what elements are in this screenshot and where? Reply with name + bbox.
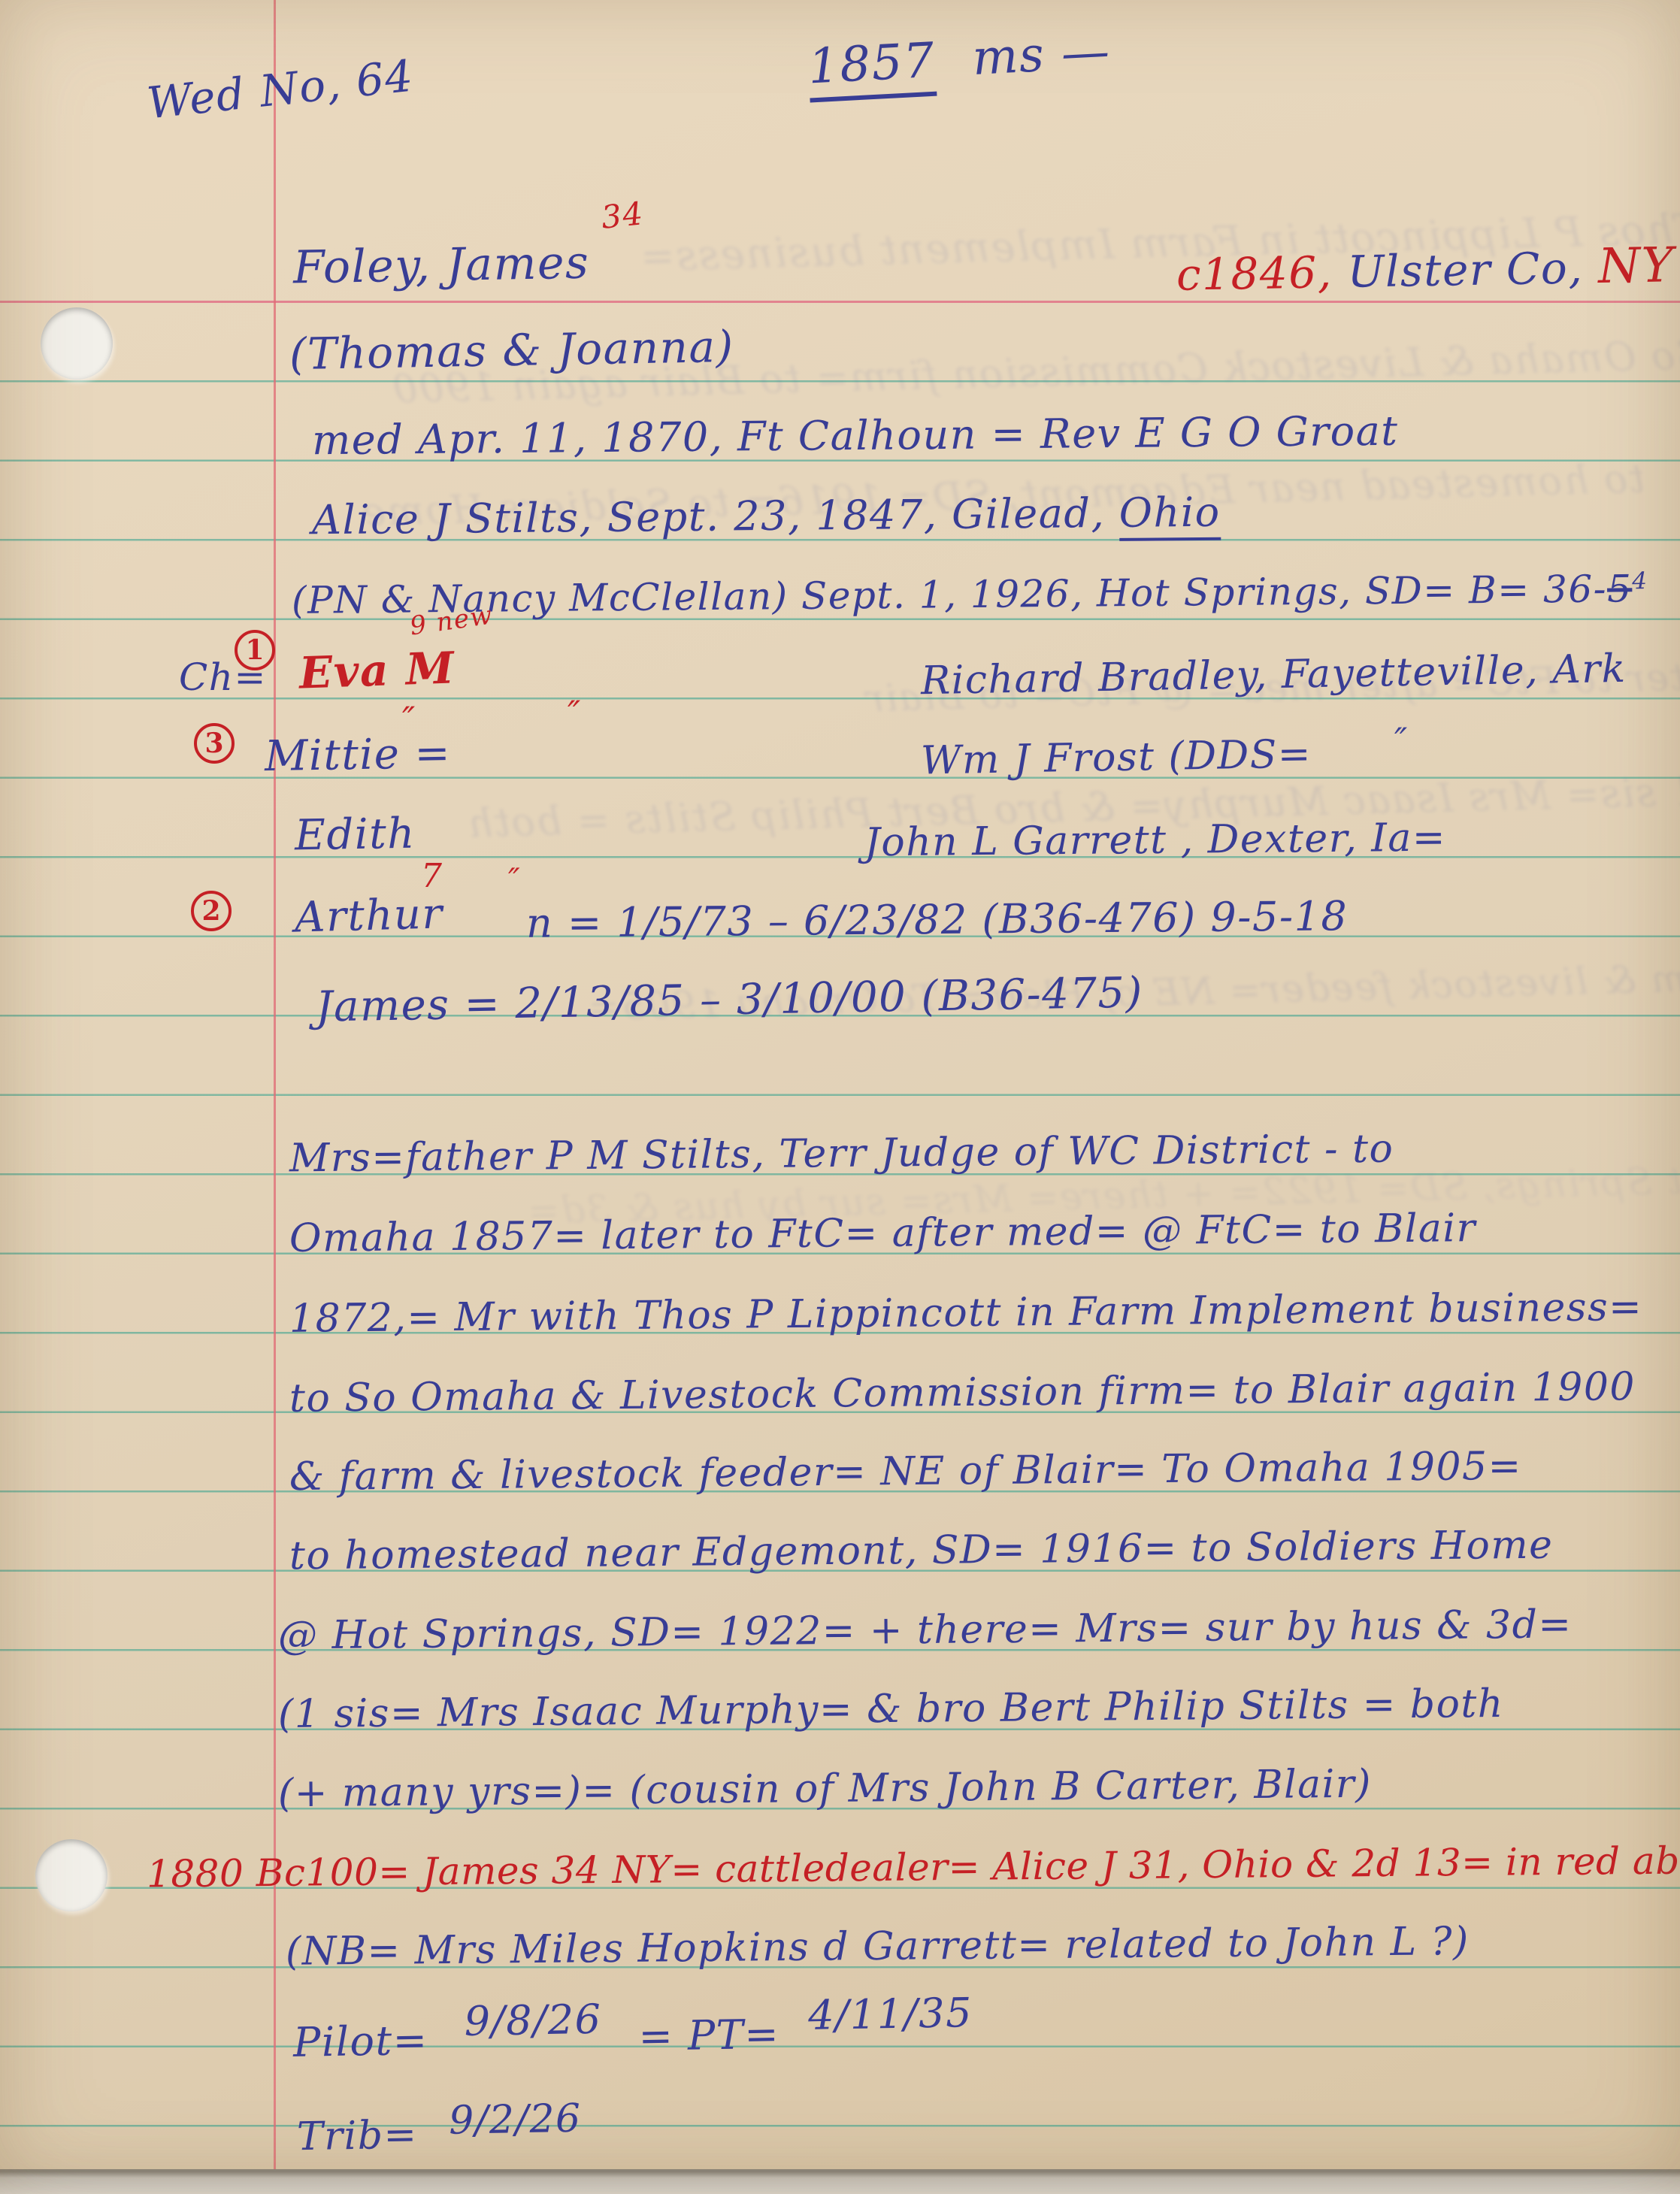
spouse-name-date: Alice J Stilts, Sept. 23, 1847, Gilead, (312, 489, 1119, 543)
child-arthur-dates: n = 1/5/73 – 6/23/82 (B36-476) 9-5-18 (526, 892, 1349, 947)
bio-line: (1 sis= Mrs Isaac Murphy= & bro Bert Phi… (278, 1681, 1504, 1737)
child-name-edith: Edith (294, 810, 416, 861)
subject-name: Foley, James (292, 237, 589, 295)
child-name-arthur: Arthur (294, 889, 443, 942)
pilot-date: 9/8/26 (464, 1995, 602, 2044)
ditto-mark: ″ (568, 693, 582, 734)
subject-parents: (Thomas & Joanna) (289, 321, 734, 380)
bio-line: to So Omaha & Livestock Commission firm=… (289, 1364, 1636, 1421)
trib-date: 9/2/26 (449, 2096, 582, 2144)
pt-date: 4/11/35 (808, 1989, 973, 2039)
scan-bottom-edge (0, 2169, 1680, 2194)
birth-year: c1846, (1176, 247, 1333, 301)
red-margin-line (274, 0, 276, 2171)
corner-note: Wed No, 64 (144, 50, 416, 129)
marriage-line: med Apr. 11, 1870, Ft Calhoun = Rev E G … (312, 407, 1399, 465)
title-suffix: ms — (971, 24, 1112, 87)
spouse-line: Alice J Stilts, Sept. 23, 1847, Gilead, … (312, 489, 1221, 544)
child-edith-spouse: John L Garrett , Dexter, Ia= (864, 816, 1446, 866)
child-name-mittie: Mittie = (264, 729, 451, 781)
ditto-mark: ″ (1394, 720, 1409, 761)
bio-line: @ Hot Springs, SD= 1922= + there= Mrs= s… (278, 1602, 1573, 1658)
birth-state: NY (1597, 238, 1675, 295)
pt-label: = PT= (638, 2011, 780, 2060)
source-trib: Trib= 9/2/26 (297, 2110, 583, 2160)
child-name-eva: Eva M (298, 642, 456, 698)
child-order-badge-2: 2 (191, 891, 232, 931)
bio-line: (+ many yrs=)= (cousin of Mrs John B Car… (278, 1762, 1372, 1817)
ditto-mark: ″ (508, 861, 521, 898)
child-order-badge-3: 3 (194, 723, 235, 764)
bio-line: & farm & livestock feeder= NE of Blair= … (289, 1444, 1522, 1499)
spouse-death-corrected-digit: 5 (1607, 567, 1633, 610)
child-james-dates: James = 2/13/85 – 3/10/00 (B36-475) (316, 968, 1144, 1031)
notebook-page: 1872,= Mr with Thos P Lippincott in Farm… (0, 0, 1680, 2194)
ditto-mark: ″ (402, 699, 416, 740)
trib-label: Trib= (297, 2113, 419, 2160)
child-order-badge-1: 1 (235, 630, 275, 670)
pilot-label: Pilot= (293, 2017, 428, 2066)
spouse-death-superscript: 4 (1632, 567, 1648, 595)
birth-place: Ulster Co, (1347, 242, 1584, 297)
nb-note: (NB= Mrs Miles Hopkins d Garrett= relate… (286, 1919, 1470, 1975)
child-eva-spouse: Richard Bradley, Fayetteville, Ark (921, 646, 1627, 704)
bio-line: Mrs=father P M Stilts, Terr Judge of WC … (289, 1127, 1394, 1182)
hole-punch-bottom (35, 1839, 107, 1911)
page-title: 1857 ms — (807, 24, 1112, 95)
spouse-death-line: (PN & Nancy McClellan) Sept. 1, 1926, Ho… (292, 567, 1648, 622)
pink-rule-line (0, 301, 1680, 303)
census-1880-note: 1880 Bc100= James 34 NY= cattledealer= A… (147, 1838, 1680, 1896)
hole-punch-top (41, 307, 113, 380)
subject-name-superscript: 34 (600, 195, 646, 236)
bio-line: 1872,= Mr with Thos P Lippincott in Farm… (289, 1285, 1643, 1342)
source-pilot: Pilot= 9/8/26 = PT= 4/11/35 (293, 2007, 973, 2066)
bio-line: to homestead near Edgemont, SD= 1916= to… (289, 1523, 1554, 1579)
child-mittie-spouse: Wm J Frost (DDS= (921, 731, 1312, 783)
subject-birth-info: c1846, Ulster Co, NY (1176, 238, 1675, 302)
spouse-birth-state: Ohio (1118, 489, 1220, 541)
bio-line: Omaha 1857= later to FtC= after med= @ F… (289, 1206, 1476, 1261)
child-arthur-superscript: 7 (421, 857, 443, 895)
title-year: 1857 (807, 33, 937, 103)
